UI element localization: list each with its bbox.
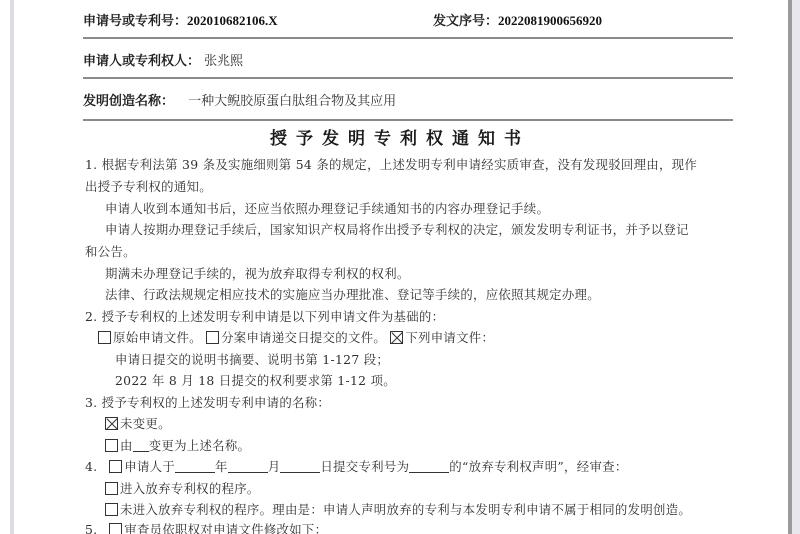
checkbox-abandon-declaration[interactable] xyxy=(109,460,122,473)
section1-line1: 1. 根据专利法第 39 条及实施细则第 54 条的规定，上述发明专利申请经实质… xyxy=(85,155,697,173)
checkbox-name-unchanged[interactable] xyxy=(105,417,118,430)
section5-line: 5. 审查员依职权对申请文件修改如下： xyxy=(85,520,327,534)
text-segment: 的“放弃专利权声明”，经审查： xyxy=(449,459,627,474)
option-label: 未变更。 xyxy=(120,416,171,431)
application-number-label: 申请号或专利号： xyxy=(83,14,187,29)
blank-field xyxy=(133,439,149,452)
option-label: 原始申请文件。 xyxy=(113,330,202,345)
invention-title: 一种大鲵胶原蛋白肽组合物及其应用 xyxy=(188,94,396,109)
section1-para3-line2: 和公告。 xyxy=(85,242,136,260)
checkbox-name-changed[interactable] xyxy=(105,439,118,452)
text-segment: 年 xyxy=(215,459,228,474)
checkbox-divisional-documents[interactable] xyxy=(206,331,219,344)
header-row-numbers: 申请号或专利号：202010682106.X 发文序号：202208190065… xyxy=(83,10,733,29)
section1-para2: 申请人收到本通知书后，还应当依照办理登记手续通知书的内容办理登记手续。 xyxy=(105,199,549,217)
blank-month xyxy=(228,460,268,473)
section5-number: 5. xyxy=(85,522,105,534)
section3-option-unchanged: 未变更。 xyxy=(105,414,171,432)
header-row-applicant: 申请人或专利权人： 张兆熙 xyxy=(83,50,733,69)
option-label: 分案申请递交日提交的文件。 xyxy=(221,330,386,345)
text-segment: 月 xyxy=(268,459,281,474)
section2-file-2: 2022 年 8 月 18 日提交的权利要求第 1-12 项。 xyxy=(115,371,396,389)
text-segment: 日提交专利号为 xyxy=(320,459,409,474)
section2-file-1: 申请日提交的说明书摘要、说明书第 1-127 段； xyxy=(115,350,389,368)
option-label: 进入放弃专利权的程序。 xyxy=(120,481,260,496)
blank-day xyxy=(280,460,320,473)
section3-option-changed: 由变更为上述名称。 xyxy=(105,436,250,454)
document-title: 授予发明专利权通知书 xyxy=(0,124,800,149)
invention-title-label: 发明创造名称： xyxy=(83,94,174,109)
page-margin-left xyxy=(0,0,10,534)
text-segment: 申请人于 xyxy=(124,459,175,474)
blank-patent-number xyxy=(409,460,449,473)
applicant-name: 张兆熙 xyxy=(204,54,243,69)
option-label: 审查员依职权对申请文件修改如下： xyxy=(124,522,327,534)
header-divider xyxy=(83,37,733,39)
checkbox-listed-documents[interactable] xyxy=(390,331,403,344)
header-divider xyxy=(83,77,733,79)
option-label: 由 xyxy=(120,438,133,453)
option-label: 未进入放弃专利权的程序。理由是：申请人声明放弃的专利与本发明专利申请不属于相同的… xyxy=(120,502,691,517)
checkbox-not-enter-abandon[interactable] xyxy=(105,503,118,516)
header-row-invention: 发明创造名称： 一种大鲵胶原蛋白肽组合物及其应用 xyxy=(83,90,733,109)
header-divider xyxy=(83,119,733,121)
section2-heading: 2. 授予专利权的上述发明专利申请是以下列申请文件为基础的： xyxy=(85,307,444,325)
checkbox-examiner-amendment[interactable] xyxy=(109,523,122,534)
option-label: 下列申请文件： xyxy=(405,330,494,345)
page-edge-left xyxy=(10,0,14,534)
section1-line2: 出授予专利权的通知。 xyxy=(85,177,212,195)
section1-para5: 法律、行政法规规定相应技术的实施应当办理批准、登记等手续的，应依照其规定办理。 xyxy=(105,285,600,303)
section2-options: 原始申请文件。 分案申请递交日提交的文件。 下列申请文件： xyxy=(98,328,494,346)
blank-year xyxy=(175,460,215,473)
section3-heading: 3. 授予专利权的上述发明专利申请的名称： xyxy=(85,393,330,411)
option-label: 变更为上述名称。 xyxy=(149,438,251,453)
section1-para3-line1: 申请人按期办理登记手续后，国家知识产权局将作出授予专利权的决定，颁发发明专利证书… xyxy=(105,220,689,238)
section4-option-enter: 进入放弃专利权的程序。 xyxy=(105,479,260,497)
dispatch-number: 2022081900656920 xyxy=(498,13,602,28)
section4-number: 4. xyxy=(85,459,105,474)
page-margin-right xyxy=(792,0,800,534)
section1-para4: 期满未办理登记手续的，视为放弃取得专利权的权利。 xyxy=(105,264,410,282)
checkbox-original-documents[interactable] xyxy=(98,331,111,344)
applicant-label: 申请人或专利权人： xyxy=(83,54,200,69)
application-number: 202010682106.X xyxy=(187,13,278,28)
section4-line: 4. 申请人于年月日提交专利号为的“放弃专利权声明”，经审查： xyxy=(85,457,628,475)
checkbox-enter-abandon[interactable] xyxy=(105,482,118,495)
dispatch-number-label: 发文序号： xyxy=(433,14,498,29)
section4-option-not-enter: 未进入放弃专利权的程序。理由是：申请人声明放弃的专利与本发明专利申请不属于相同的… xyxy=(105,500,691,518)
